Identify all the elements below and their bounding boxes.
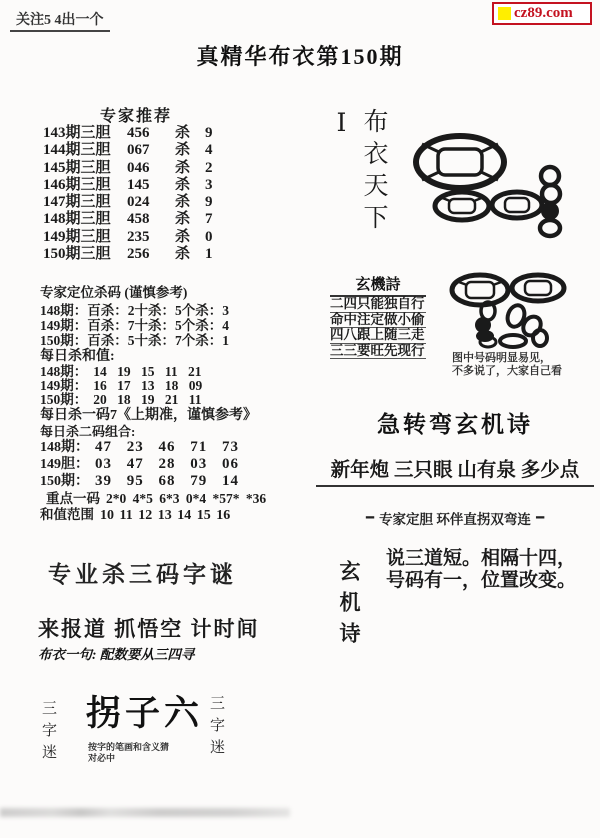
- top-left-note: 关注5 4出一个: [10, 9, 110, 32]
- caption-line: 不多说了，大家自己看: [452, 365, 562, 378]
- kill-number: 0: [205, 229, 213, 246]
- xuanji-poem-lines: 说三道短。相隔十四， 号码有一，位置改变。: [386, 548, 576, 592]
- logo-yellow-square-icon: [498, 7, 511, 20]
- kill-number: 4: [205, 142, 213, 159]
- kill-position-row: 148期：百杀：2十杀：5个杀：3: [40, 304, 229, 318]
- sum-range-label: 和值范围: [40, 508, 94, 522]
- scanned-lottery-sheet: 关注5 4出一个 cz89.com 真精华布衣第150期 专家推荐 143期三胆…: [0, 0, 600, 838]
- period-label: 147期三胆: [43, 194, 127, 211]
- daily-kill-sum-row: 148期： 14 19 15 11 21: [40, 365, 202, 379]
- kill-label: 杀: [175, 194, 205, 211]
- note-line: 对必中: [88, 753, 169, 764]
- table-row: 146期三胆 145 杀 3: [43, 177, 213, 194]
- three-char-riddle-answer: 拐子六: [86, 686, 203, 736]
- poem-line: 四八跟上随三走: [330, 328, 426, 344]
- coin-doodle-icon: [398, 128, 573, 240]
- sharp-turn-title: 急转弯玄机诗: [320, 406, 590, 439]
- poem-line: 说三道短。相隔十四，: [386, 548, 576, 570]
- poem-line: 号码有一，位置改变。: [386, 570, 576, 592]
- kill-position-title: 专家定位杀码 (谨慎参考): [40, 286, 187, 300]
- kill-number: 9: [205, 194, 213, 211]
- sum-range-value: 10 11 12 13 14 15 16: [100, 509, 230, 523]
- three-char-riddle-right-label: 三字迷: [206, 695, 227, 765]
- kill-label: 杀: [175, 160, 205, 177]
- kill-label: 杀: [175, 142, 205, 159]
- table-row: 149期三胆 235 杀 0: [43, 229, 213, 246]
- kill-three-riddle-line: 来报道 抓悟空 计时间: [38, 613, 260, 643]
- daily-kill-two-row: 150期： 39 95 68 79 14: [40, 475, 239, 489]
- scan-smudge: [0, 808, 290, 817]
- period-label: 148期三胆: [43, 211, 127, 228]
- table-row: 145期三胆 046 杀 2: [43, 160, 213, 177]
- dan-numbers: 458: [127, 211, 175, 228]
- kill-label: 杀: [175, 125, 205, 142]
- table-row: 150期三胆 256 杀 1: [43, 246, 213, 263]
- dan-numbers: 456: [127, 125, 175, 142]
- kill-label: 杀: [175, 229, 205, 246]
- dan-numbers: 046: [127, 160, 175, 177]
- footer-text: 专家定胆 环伴直拐双弯连: [379, 508, 531, 528]
- sum-range-line: 和值范围 10 11 12 13 14 15 16: [40, 508, 230, 523]
- dan-numbers: 256: [127, 246, 175, 263]
- daily-kill-one-line: 每日杀一码7《上期准，谨慎参考》: [40, 409, 257, 423]
- dan-numbers: 145: [127, 177, 175, 194]
- poem-line: 二四只能独自行: [330, 297, 426, 313]
- daily-kill-two-title: 每日杀二码组合:: [40, 425, 135, 439]
- kill-label: 杀: [175, 246, 205, 263]
- number-list: 20 18 19 21 11: [93, 393, 201, 407]
- kill-position-row: 149期：百杀：7十杀：5个杀：4: [40, 319, 229, 333]
- table-row: 144期三胆 067 杀 4: [43, 142, 213, 159]
- note-line: 按字的笔画和含义猜: [88, 742, 169, 753]
- kill-number: 7: [205, 211, 213, 228]
- period-label: 150期：: [40, 393, 87, 407]
- kill-label: 杀: [175, 177, 205, 194]
- caption-line: 图中号码明显易见，: [452, 352, 562, 365]
- period-label: 149期：: [40, 379, 87, 393]
- logo-text: cz89.com: [514, 5, 573, 22]
- dash-right: ━: [536, 510, 544, 526]
- number-list: 39 95 68 79 14: [95, 475, 239, 489]
- dash-left: ━: [366, 510, 374, 526]
- dan-numbers: 024: [127, 194, 175, 211]
- table-row: 147期三胆 024 杀 9: [43, 194, 213, 211]
- number-list: 16 17 13 18 09: [93, 379, 202, 393]
- dan-numbers: 067: [127, 142, 175, 159]
- expert-recommend-title: 专家推荐: [100, 103, 172, 126]
- daily-kill-two-row: 148期： 47 23 46 71 73: [40, 441, 239, 455]
- three-char-riddle-note: 按字的笔画和含义猜 对必中: [88, 742, 169, 763]
- period-label: 148期：: [40, 441, 89, 455]
- daily-kill-sum-row: 150期： 20 18 19 21 11: [40, 393, 202, 407]
- kill-number: 9: [205, 125, 213, 142]
- key-one-value: 2*0 4*5 6*3 0*4 *57* *36: [106, 492, 266, 506]
- key-one-line: 重点一码 2*0 4*5 6*3 0*4 *57* *36: [46, 492, 266, 506]
- expert-recommend-table: 143期三胆 456 杀 9 144期三胆 067 杀 4 145期三胆 046…: [43, 125, 213, 263]
- three-char-riddle-left-label: 三字迷: [38, 700, 59, 770]
- number-doodle-icon: [438, 268, 578, 350]
- buyi-tianxia-vertical-title: 布衣天下Ⅰ: [326, 108, 391, 268]
- period-label: 150期：: [40, 475, 89, 489]
- xuanji-poem-title: 玄機詩: [330, 273, 426, 297]
- table-row: 148期三胆 458 杀 7: [43, 211, 213, 228]
- period-label: 149期三胆: [43, 229, 127, 246]
- daily-kill-sum-row: 149期： 16 17 13 18 09: [40, 379, 202, 393]
- period-label: 143期三胆: [43, 125, 127, 142]
- kill-label: 杀: [175, 211, 205, 228]
- kill-number: 1: [205, 246, 213, 263]
- dan-numbers: 235: [127, 229, 175, 246]
- period-label: 148期：: [40, 365, 87, 379]
- sharp-turn-footer: ━ 专家定胆 环伴直拐双弯连 ━: [330, 508, 580, 528]
- number-list: 14 19 15 11 21: [93, 365, 201, 379]
- xuanji-vertical-title: 玄机诗: [334, 560, 364, 670]
- period-label: 146期三胆: [43, 177, 127, 194]
- kill-number: 2: [205, 160, 213, 177]
- daily-kill-sum-title: 每日杀和值:: [40, 350, 115, 364]
- doodle-caption: 图中号码明显易见， 不多说了，大家自己看: [452, 352, 562, 377]
- number-list: 03 47 28 03 06: [95, 458, 239, 472]
- daily-kill-two-row: 149胆： 03 47 28 03 06: [40, 458, 239, 472]
- period-label: 145期三胆: [43, 160, 127, 177]
- buyi-sentence: 布衣一句: 配数要从三四寻: [38, 643, 194, 663]
- page-title: 真精华布衣第150期: [0, 40, 600, 71]
- kill-three-riddle-title: 专业杀三码字谜: [48, 556, 237, 589]
- number-list: 47 23 46 71 73: [95, 441, 239, 455]
- table-row: 143期三胆 456 杀 9: [43, 125, 213, 142]
- period-label: 144期三胆: [43, 142, 127, 159]
- poem-line: 三三要旺先现行: [330, 344, 426, 360]
- kill-position-row: 150期：百杀：5十杀：7个杀：1: [40, 334, 229, 348]
- period-label: 149胆：: [40, 458, 89, 472]
- site-logo[interactable]: cz89.com: [492, 2, 592, 25]
- poem-line: 命中注定做小偷: [330, 313, 426, 329]
- kill-number: 3: [205, 177, 213, 194]
- period-label: 150期三胆: [43, 246, 127, 263]
- key-one-label: 重点一码: [46, 492, 100, 506]
- xuanji-poem-block: 玄機詩 二四只能独自行 命中注定做小偷 四八跟上随三走 三三要旺先现行: [330, 273, 426, 359]
- sharp-turn-line: 新年炮 三只眼 山有泉 多少点: [316, 454, 594, 487]
